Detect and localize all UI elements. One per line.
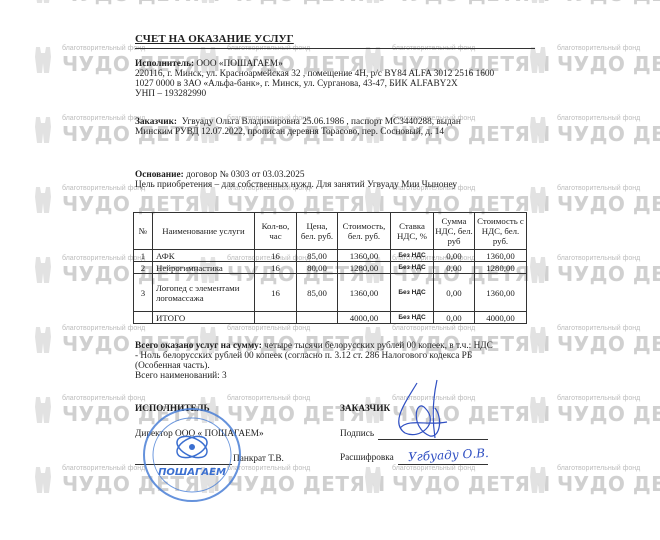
vat-rate: Без НДС bbox=[391, 262, 434, 274]
handwritten-name: Угбуаду О.В. bbox=[408, 446, 489, 464]
row-number bbox=[134, 312, 153, 324]
charity-figure-icon bbox=[527, 185, 549, 215]
charity-figure-icon bbox=[527, 115, 549, 145]
watermark-subtitle: благотворительный фонд bbox=[227, 395, 310, 402]
watermark-name: ЧУДО ДЕТЯМ bbox=[227, 472, 386, 496]
customer-block: Заказчик: Угвуаду Ольга Владимировна 25.… bbox=[135, 117, 461, 137]
header-cell: Сумма НДС, бел. руб bbox=[434, 213, 475, 250]
table-header-row: № Наименование услуги Кол-во, час Цена, … bbox=[134, 213, 527, 250]
service-qty: 16 bbox=[255, 262, 297, 274]
service-name: Логопед с элементами логомассажа bbox=[153, 274, 255, 312]
charity-figure-icon bbox=[527, 325, 549, 355]
charity-figure-icon bbox=[32, 255, 54, 285]
row-number: 1 bbox=[134, 250, 153, 262]
table-row: 2 Нейрогимнастика 16 80,00 1280,00 Без Н… bbox=[134, 262, 527, 274]
header-cell: Кол-во, час bbox=[255, 213, 297, 250]
table-row: 3 Логопед с элементами логомассажа 16 85… bbox=[134, 274, 527, 312]
signature-label: Подпись bbox=[340, 429, 374, 439]
charity-figure-icon bbox=[197, 0, 219, 5]
watermark-subtitle: благотворительный фонд bbox=[62, 185, 145, 192]
charity-figure-icon bbox=[32, 115, 54, 145]
executor-name: ООО «ПОШАГАЕМ» bbox=[196, 59, 282, 69]
service-total: 1360,00 bbox=[475, 250, 527, 262]
charity-figure-icon bbox=[32, 45, 54, 75]
basis-block: Основание: договор № 0303 от 03.03.2025 … bbox=[135, 170, 457, 190]
service-total: 1360,00 bbox=[475, 274, 527, 312]
customer-heading: ЗАКАЗЧИК bbox=[340, 404, 390, 414]
charity-figure-icon bbox=[362, 465, 384, 495]
empty-cell bbox=[255, 312, 297, 324]
watermark-name: ЧУДО ДЕТЯМ bbox=[557, 192, 660, 216]
watermark-name: ЧУДО ДЕТЯМ bbox=[557, 472, 660, 496]
charity-figure-icon bbox=[527, 0, 549, 5]
executor-unp: УНП – 193282990 bbox=[135, 89, 494, 99]
charity-figure-icon bbox=[527, 395, 549, 425]
executor-block: Исполнитель: ООО «ПОШАГАЕМ» 220116, г. М… bbox=[135, 59, 494, 99]
watermark-subtitle: благотворительный фонд bbox=[557, 465, 640, 472]
summary-line2: - Ноль белорусских рублей 00 копеек (сог… bbox=[135, 351, 493, 361]
header-cell: Стоимость, бел. руб. bbox=[338, 213, 391, 250]
watermark-subtitle: благотворительный фонд bbox=[557, 255, 640, 262]
service-qty: 16 bbox=[255, 274, 297, 312]
handwritten-signature-icon bbox=[385, 378, 455, 448]
watermark-name: ЧУДО ДЕТЯМ bbox=[392, 0, 551, 6]
customer-label: Заказчик: bbox=[135, 117, 177, 127]
summary-line3: (Особенная часть). bbox=[135, 361, 493, 371]
basis-label: Основание: bbox=[135, 170, 184, 180]
executor-address: 220116, г. Минск, ул. Красноармейская 32… bbox=[135, 69, 494, 79]
watermark-name: ЧУДО ДЕТЯМ bbox=[62, 0, 221, 6]
total-vat-sum: 0,00 bbox=[434, 312, 475, 324]
header-cell: Цена, бел. руб. bbox=[297, 213, 338, 250]
row-number: 2 bbox=[134, 262, 153, 274]
watermark-subtitle: благотворительный фонд bbox=[62, 45, 145, 52]
title-rule bbox=[135, 48, 535, 49]
service-qty: 16 bbox=[255, 250, 297, 262]
service-cost: 1280,00 bbox=[338, 262, 391, 274]
watermark-name: ЧУДО ДЕТЯМ bbox=[557, 402, 660, 426]
basis-value: договор № 0303 от 03.03.2025 bbox=[186, 170, 304, 180]
summary-block: Всего оказано услуг на сумму: четыре тыс… bbox=[135, 341, 493, 381]
watermark-subtitle: благотворительный фонд bbox=[227, 325, 310, 332]
header-cell: Стоимость с НДС, бел. руб. bbox=[475, 213, 527, 250]
header-cell: № bbox=[134, 213, 153, 250]
total-label: ИТОГО bbox=[153, 312, 255, 324]
table-row: 1 АФК 16 85,00 1360,00 Без НДС 0,00 1360… bbox=[134, 250, 527, 262]
decoding-label: Расшифровка bbox=[340, 453, 394, 463]
watermark-name: ЧУДО ДЕТЯМ bbox=[557, 332, 660, 356]
decoding-line bbox=[398, 464, 488, 465]
purpose-line: Цель приобретения – для собственных нужд… bbox=[135, 180, 457, 190]
charity-figure-icon bbox=[32, 465, 54, 495]
watermark-subtitle: благотворительный фонд bbox=[62, 465, 145, 472]
watermark-name: ЧУДО ДЕТЯМ bbox=[557, 52, 660, 76]
vat-rate: Без НДС bbox=[391, 250, 434, 262]
watermark-name: ЧУДО ДЕТЯМ bbox=[392, 472, 551, 496]
company-stamp-icon: ПОШАГАЕМ bbox=[140, 405, 245, 505]
watermark-name: ЧУДО ДЕТЯМ bbox=[227, 0, 386, 6]
total-with-vat: 4000,00 bbox=[475, 312, 527, 324]
customer-line1: Угвуаду Ольга Владимировна 25.06.1986 , … bbox=[182, 117, 461, 127]
vat-sum: 0,00 bbox=[434, 274, 475, 312]
charity-figure-icon bbox=[32, 185, 54, 215]
table-total-row: ИТОГО 4000,00 Без НДС 0,00 4000,00 bbox=[134, 312, 527, 324]
watermark-subtitle: благотворительный фонд bbox=[62, 395, 145, 402]
row-number: 3 bbox=[134, 274, 153, 312]
charity-figure-icon bbox=[527, 45, 549, 75]
header-cell: Наименование услуги bbox=[153, 213, 255, 250]
watermark-subtitle: благотворительный фонд bbox=[392, 465, 475, 472]
vat-rate: Без НДС bbox=[391, 274, 434, 312]
watermark-subtitle: благотворительный фонд bbox=[557, 45, 640, 52]
service-price: 85,00 bbox=[297, 274, 338, 312]
watermark-subtitle: благотворительный фонд bbox=[62, 325, 145, 332]
service-total: 1280,00 bbox=[475, 262, 527, 274]
watermark-subtitle: благотворительный фонд bbox=[557, 395, 640, 402]
watermark-subtitle: благотворительный фонд bbox=[62, 115, 145, 122]
watermark-name: ЧУДО ДЕТЯМ bbox=[557, 0, 660, 6]
vat-sum: 0,00 bbox=[434, 262, 475, 274]
customer-line2: Минским РУВД 12.07.2022, прописан деревн… bbox=[135, 127, 461, 137]
charity-figure-icon bbox=[527, 465, 549, 495]
watermark-subtitle: благотворительный фонд bbox=[557, 185, 640, 192]
services-table: № Наименование услуги Кол-во, час Цена, … bbox=[133, 212, 527, 324]
service-cost: 1360,00 bbox=[338, 274, 391, 312]
document-title: СЧЕТ НА ОКАЗАНИЕ УСЛУГ bbox=[135, 33, 294, 45]
vat-sum: 0,00 bbox=[434, 250, 475, 262]
service-price: 80,00 bbox=[297, 262, 338, 274]
total-cost: 4000,00 bbox=[338, 312, 391, 324]
summary-label: Всего оказано услуг на сумму: bbox=[135, 341, 262, 351]
executor-bank: 1027 0000 в ЗАО «Альфа-банк», г. Минск, … bbox=[135, 79, 494, 89]
empty-cell bbox=[297, 312, 338, 324]
charity-figure-icon bbox=[32, 0, 54, 5]
header-cell: Ставка НДС, % bbox=[391, 213, 434, 250]
charity-figure-icon bbox=[32, 395, 54, 425]
watermark-name: ЧУДО ДЕТЯМ bbox=[557, 122, 660, 146]
service-name: АФК bbox=[153, 250, 255, 262]
svg-text:ПОШАГАЕМ: ПОШАГАЕМ bbox=[158, 467, 226, 478]
service-cost: 1360,00 bbox=[338, 250, 391, 262]
watermark-subtitle: благотворительный фонд bbox=[557, 325, 640, 332]
watermark-name: ЧУДО ДЕТЯМ bbox=[557, 262, 660, 286]
charity-figure-icon bbox=[362, 0, 384, 5]
total-vat-rate: Без НДС bbox=[391, 312, 434, 324]
executor-label: Исполнитель: bbox=[135, 59, 194, 69]
service-name: Нейрогимнастика bbox=[153, 262, 255, 274]
watermark-subtitle: благотворительный фонд bbox=[557, 115, 640, 122]
charity-figure-icon bbox=[32, 325, 54, 355]
charity-figure-icon bbox=[527, 255, 549, 285]
summary-line1: четыре тысячи белорусских рублей 00 копе… bbox=[264, 341, 493, 351]
service-price: 85,00 bbox=[297, 250, 338, 262]
watermark-subtitle: благотворительный фонд bbox=[392, 325, 475, 332]
